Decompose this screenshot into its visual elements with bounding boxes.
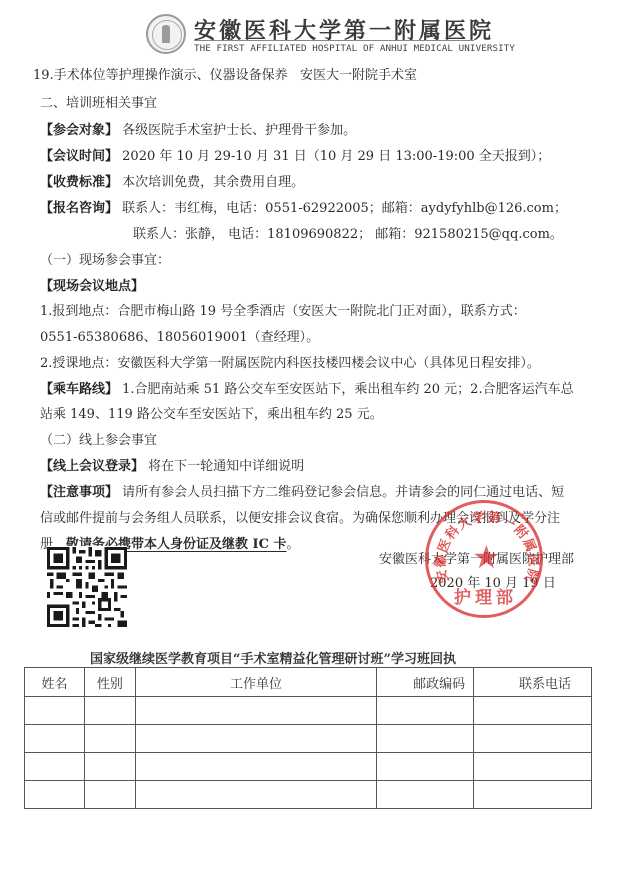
seal-star-icon: ★ bbox=[472, 541, 501, 573]
online-login-value: 将在下一轮通知中详细说明 bbox=[148, 459, 304, 474]
cell-postcode[interactable] bbox=[377, 781, 474, 809]
schedule-item-text: 19.手术体位等护理操作演示、仪器设备保养 bbox=[33, 68, 288, 83]
meeting-time-label: 【会议时间】 bbox=[40, 149, 118, 164]
fees-value: 本次培训免费，其余费用自理。 bbox=[122, 175, 304, 190]
cell-name[interactable] bbox=[25, 781, 85, 809]
cell-postcode[interactable] bbox=[377, 725, 474, 753]
hospital-emblem-icon bbox=[146, 14, 186, 54]
hospital-name-en: THE FIRST AFFILIATED HOSPITAL OF ANHUI M… bbox=[194, 43, 515, 54]
cell-phone[interactable] bbox=[474, 781, 592, 809]
route-line-1: 1.合肥南站乘 51 路公交车至安医站下，乘出租车约 20 元；2.合肥客运汽车… bbox=[122, 382, 573, 397]
section-heading-training: 二、培训班相关事宜 bbox=[40, 95, 157, 113]
meeting-time-row: 【会议时间】 2020 年 10 月 29-10 月 31 日（10 月 29 … bbox=[40, 148, 550, 166]
qr-code-icon bbox=[47, 546, 127, 628]
column-header-phone: 联系电话 bbox=[474, 668, 592, 697]
venue-label: 【现场会议地点】 bbox=[40, 278, 144, 296]
notes-label: 【注意事项】 bbox=[40, 485, 118, 500]
table-row bbox=[25, 781, 592, 809]
reply-form-table: 姓名 性别 工作单位 邮政编码 联系电话 bbox=[24, 667, 592, 809]
cell-gender[interactable] bbox=[84, 753, 135, 781]
cell-workplace[interactable] bbox=[135, 697, 377, 725]
column-header-workplace: 工作单位 bbox=[135, 668, 377, 697]
inquiry-contact-2: 联系人：张静， 电话：18109690822； 邮箱：921580215@qq.… bbox=[133, 226, 563, 244]
cell-name[interactable] bbox=[25, 697, 85, 725]
schedule-item-19: 19.手术体位等护理操作演示、仪器设备保养 bbox=[33, 67, 288, 85]
cell-workplace[interactable] bbox=[135, 753, 377, 781]
venue-checkin-line1: 1.报到地点：合肥市梅山路 19 号全季酒店（安医大一附院北门正对面），联系方式… bbox=[40, 303, 526, 321]
table-row bbox=[25, 753, 592, 781]
registration-qr-code[interactable] bbox=[47, 546, 127, 628]
cell-workplace[interactable] bbox=[135, 725, 377, 753]
letterhead: 安徽医科大学第一附属医院 THE FIRST AFFILIATED HOSPIT… bbox=[146, 12, 476, 58]
cell-gender[interactable] bbox=[84, 697, 135, 725]
column-header-name: 姓名 bbox=[25, 668, 85, 697]
participants-label: 【参会对象】 bbox=[40, 123, 118, 138]
participants-value: 各级医院手术室护士长、护理骨干参加。 bbox=[122, 123, 356, 138]
route-line-2: 站乘 149、119 路公交车至安医站下，乘出租车约 25 元。 bbox=[40, 406, 383, 424]
column-header-postcode: 邮政编码 bbox=[377, 668, 474, 697]
seal-bottom-text: 护理部 bbox=[454, 583, 517, 608]
official-seal: 安徽医科大学第一附属医院 ★ 护理部 bbox=[425, 500, 543, 618]
table-header-row: 姓名 性别 工作单位 邮政编码 联系电话 bbox=[25, 668, 592, 697]
route-row: 【乘车路线】 1.合肥南站乘 51 路公交车至安医站下，乘出租车约 20 元；2… bbox=[40, 381, 574, 399]
meeting-time-value: 2020 年 10 月 29-10 月 31 日（10 月 29 日 13:00… bbox=[122, 149, 550, 164]
inquiry-label: 【报名咨询】 bbox=[40, 201, 118, 216]
venue-checkin-line2: 0551-65380686、18056019001（查经理）。 bbox=[40, 329, 319, 347]
fees-label: 【收费标准】 bbox=[40, 175, 118, 190]
table-row bbox=[25, 725, 592, 753]
online-login-row: 【线上会议登录】 将在下一轮通知中详细说明 bbox=[40, 458, 304, 476]
cell-workplace[interactable] bbox=[135, 781, 377, 809]
venue-lecture: 2.授课地点：安徽医科大学第一附属医院内科医技楼四楼会议中心（具体见日程安排）。 bbox=[40, 355, 540, 373]
cell-name[interactable] bbox=[25, 725, 85, 753]
online-heading: （二）线上参会事宜 bbox=[40, 432, 157, 450]
column-header-gender: 性别 bbox=[84, 668, 135, 697]
online-login-label: 【线上会议登录】 bbox=[40, 459, 144, 474]
cell-postcode[interactable] bbox=[377, 697, 474, 725]
fees-row: 【收费标准】 本次培训免费，其余费用自理。 bbox=[40, 174, 304, 192]
cell-gender[interactable] bbox=[84, 725, 135, 753]
notes-line-3-suffix: 。 bbox=[287, 537, 300, 552]
schedule-item-presenter: 安医大一附院手术室 bbox=[300, 67, 417, 85]
cell-postcode[interactable] bbox=[377, 753, 474, 781]
cell-phone[interactable] bbox=[474, 753, 592, 781]
cell-name[interactable] bbox=[25, 753, 85, 781]
onsite-heading: （一）现场参会事宜： bbox=[40, 252, 170, 270]
reply-form-title: 国家级继续医学教育项目“手术室精益化管理研讨班”学习班回执 bbox=[90, 648, 456, 667]
participants-row: 【参会对象】 各级医院手术室护士长、护理骨干参加。 bbox=[40, 122, 356, 140]
route-label: 【乘车路线】 bbox=[40, 382, 118, 397]
cell-phone[interactable] bbox=[474, 697, 592, 725]
letterhead-divider bbox=[194, 40, 474, 41]
notes-line-1: 请所有参会人员扫描下方二维码登记参会信息。并请参会的同仁通过电话、短 bbox=[122, 485, 564, 500]
table-row bbox=[25, 697, 592, 725]
cell-phone[interactable] bbox=[474, 725, 592, 753]
inquiry-row: 【报名咨询】 联系人：韦红梅，电话：0551-62922005；邮箱：aydyf… bbox=[40, 200, 567, 218]
inquiry-contact-1: 联系人：韦红梅，电话：0551-62922005；邮箱：aydyfyhlb@12… bbox=[122, 201, 567, 216]
cell-gender[interactable] bbox=[84, 781, 135, 809]
